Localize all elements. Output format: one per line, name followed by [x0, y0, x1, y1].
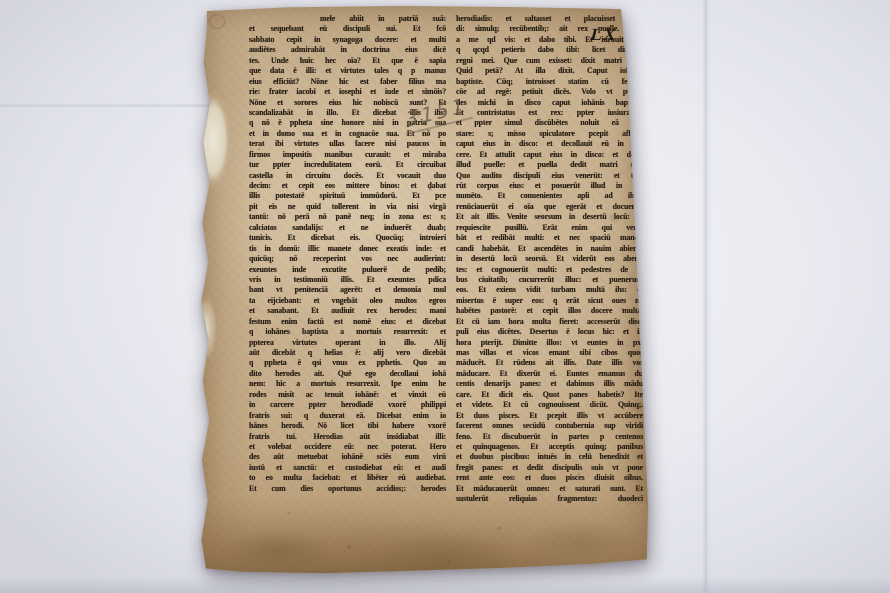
text-line: ta eijciebant: et vngebāt oleo multos eg… [249, 296, 446, 306]
text-line: Et cum dies oportunus accidiss;: herodes [249, 484, 446, 494]
text-line: mas villas et vicos emant sibi cibos quo… [456, 348, 643, 358]
text-line: quicūq; nō receperint vos nec audierint: [249, 254, 446, 264]
manuscript-leaf: mele abiit in patriā suā:et sequebant eū… [197, 6, 648, 574]
sheet-crease-vertical [702, 0, 711, 593]
left-text-column: mele abiit in patriā suā:et sequebant eū… [249, 14, 446, 494]
text-line: fratris tui. Herodias aūt insidiabat ill… [249, 432, 446, 442]
text-line: audiētes admirabāt in doctrina eius dicē [249, 45, 446, 55]
text-line: herodiadis: et saltasset et placuisset h… [456, 14, 643, 24]
text-line: hora pterijt. Dimitte illos: vt euntes i… [456, 338, 643, 348]
right-text-column: herodiadis: et saltasset et placuisset h… [456, 14, 643, 505]
text-line: et ppter simul discūbētes noluit eā ōtri [456, 118, 643, 128]
text-line: terat ibi virtutes ullas facere nisi pau… [249, 139, 446, 149]
text-line: Quo audito discipuli eius venerūt: et tu… [456, 171, 643, 181]
left-edge-tear [195, 90, 231, 190]
text-line: requiescite pusillū. Erāt enim qui venie [456, 223, 643, 233]
text-line: habētes pastorē: et cepit illos docere m… [456, 306, 643, 316]
text-line: mele abiit in patriā suā: [249, 14, 446, 24]
text-line: māducēt. Et rūdens ait illis. Date illis… [456, 358, 643, 368]
text-line: bāt et redibāt multi: et nec spaciū mand… [456, 233, 643, 243]
text-line: Quid petā? At illa dixit. Caput iohānis [456, 66, 643, 76]
text-line: q qcqd petieris dabo tibi: licet dimidiū [456, 45, 643, 55]
text-line: fratris sui: q duxerat eā. Dicebat enim … [249, 411, 446, 421]
text-line: baptiste. Cūq; introisset statim cū fest… [456, 77, 643, 87]
text-line: Et duos pisces. Et pcepit illis vt accūb… [456, 411, 643, 421]
text-line: feno. Et discubuerūt in partes p centeno… [456, 432, 643, 442]
text-line: centis denarijs panes: et dabimus illis … [456, 379, 643, 389]
text-line: Et ait illis. Venite seorsum in desertū … [456, 212, 643, 222]
text-line: tunicis. Et dicebat eis. Quocūq; introie… [249, 233, 446, 243]
sheet-bottom-shading [0, 577, 890, 593]
text-line: in desertū locū seorsū. Et viderūt eos a… [456, 254, 643, 264]
text-line: tes: et cognouerūt multi: et pedestres d… [456, 265, 643, 275]
text-line: regni mei. Que cum exisset: dixit matri … [456, 56, 643, 66]
text-line: festum enim factū est nomē eius: et dice… [249, 317, 446, 327]
text-line: rie: frater iacobi et iosephi et iude et… [249, 87, 446, 97]
text-line: facerent omnes secūdū contubernia sup vi… [456, 421, 643, 431]
text-line: illud puelle: et puella dedit matri sue. [456, 160, 643, 170]
text-line: fregit panes: et dedit discipulis suis v… [456, 463, 643, 473]
text-line: q ppheta ē qsi vnus ex pphetis. Quo au [249, 358, 446, 368]
text-line: puli eius dicētes. Desertus ē locus hic:… [456, 327, 643, 337]
folio-number: LX [589, 25, 620, 45]
text-line: illis potestatē spirituū immūdorū. Et pc… [249, 191, 446, 201]
bottom-edge-stain [197, 496, 648, 574]
text-line: Et māducauerūt omnes: et saturati sunt. … [456, 484, 643, 494]
text-line: decim: et cepit eos mittere binos: et da… [249, 181, 446, 191]
text-line: et sequebant eū discipuli sui. Et fcō [249, 24, 446, 34]
manuscript-leaf-wrapper: mele abiit in patriā suā:et sequebant eū… [197, 6, 648, 574]
text-line: et duobus piscibus: intuēs in celū bened… [456, 452, 643, 462]
text-line: ppterea virtutes operant in illo. Alij [249, 338, 446, 348]
text-line: care. Et dicit eis. Quot panes habetis? … [456, 390, 643, 400]
text-line: renūciauerūt ei oīa que egerāt et docuer… [456, 202, 643, 212]
text-line: bus ciuitatib; cucurrerūt illuc: et puen… [456, 275, 643, 285]
text-line: Et cū iam hora multa fieret: accesserūt … [456, 317, 643, 327]
text-line: exeuntes inde excutite puluerē de pedib; [249, 265, 446, 275]
text-line: pit eis ne quid tollerent in via nisi vi… [249, 202, 446, 212]
text-line: et sanabant. Et audiuit rex herodes: man… [249, 306, 446, 316]
text-line: dito herodes ait. Quē ego decollaui iohā [249, 369, 446, 379]
text-line: vris in testimoniū illis. Et exeuntes pd… [249, 275, 446, 285]
text-line: tes. Unde huic hec oīa? Et que ē sapīa [249, 56, 446, 66]
text-line: que data ē illi: et virtutes tales q p m… [249, 66, 446, 76]
text-line: stare: s; misso spiculatore pcepit affer… [456, 129, 643, 139]
left-edge-tear-small [195, 296, 217, 360]
text-line: rodes misit ac tenuit iohānē: et vinxit … [249, 390, 446, 400]
text-line: et quinquagenos. Et acceptis quinq; pani… [456, 442, 643, 452]
text-line: calciatos sandalijs: et ne induerēt duab… [249, 223, 446, 233]
text-line: nem: hic a mortuis resurrexit. Ipe enim … [249, 379, 446, 389]
text-line: in carcere ppter herodiadē vxorē philipp… [249, 400, 446, 410]
text-line: hānes herodi. Nō licet tibi habere vxorē [249, 421, 446, 431]
text-line: cere. Et attulit caput eius in disco: et… [456, 150, 643, 160]
text-line: des aūt metuebat iohānē sciēs eum virū [249, 452, 446, 462]
text-line: candi habebāt. Et ascendētes in nauim ab… [456, 244, 643, 254]
text-line: iustū et sanctū: et custodiebat eū: et a… [249, 463, 446, 473]
text-line: tantū: nō perā nō panē neq; in zona es: … [249, 212, 446, 222]
text-line: aūt dicebāt q helias ē: alij vero dicebā… [249, 348, 446, 358]
text-line: misertus ē super eos: q erāt sicut oues … [456, 296, 643, 306]
text-line: tis in domū: illic manete donec exeatis … [249, 244, 446, 254]
text-line: castella in circuitu docēs. Et vocauit d… [249, 171, 446, 181]
text-line: Et contristatus est rex: ppter iusiurand… [456, 108, 643, 118]
text-line: numēto. Et conuenientes apli ad ihm: [456, 191, 643, 201]
ink-smudge-ring [205, 11, 229, 32]
text-line: cōe ad regē: petiuit dicēs. Volo vt ptin… [456, 87, 643, 97]
text-line: tur ppter incredulitatem eorū. Et circui… [249, 160, 446, 170]
text-line: sustulerūt reliquias fragmentoz: duodecī [456, 494, 643, 504]
text-line: q iohānes baptista a mortuis resurrexit:… [249, 327, 446, 337]
text-line: rūt corpus eius: et posuerūt illud in mo [456, 181, 643, 191]
text-line: et volebat occidere eū: nec poterat. Her… [249, 442, 446, 452]
text-line: bant vt penitenciā agerēt: et demonia mu… [249, 285, 446, 295]
text-line: eos. Et exiens vidit turbam multā ihs: e… [456, 285, 643, 295]
text-line: sabbato cepit in synagoga docere: et mul… [249, 35, 446, 45]
text-line: māducare. Et dixerūt ei. Euntes emamus d… [456, 369, 643, 379]
text-line: rent ante eos: et duos pisces diuisit oī… [456, 473, 643, 483]
text-line: firmos impositis manibus curauit: et mir… [249, 150, 446, 160]
text-line: caput eius in disco: et decollauit eū in… [456, 139, 643, 149]
text-line: des michi in disco caput iohānis baptist… [456, 98, 643, 108]
text-line: to eo multa faciebat: et libēter eū audi… [249, 473, 446, 483]
photo-backdrop: mele abiit in patriā suā:et sequebant eū… [0, 0, 890, 593]
sheet-crease-horizontal [0, 103, 210, 108]
text-line: et videte. Et cū cognouissent dicūt. Qui… [456, 400, 643, 410]
text-line: eius efficiūt? Nōne hic est faber filius… [249, 77, 446, 87]
